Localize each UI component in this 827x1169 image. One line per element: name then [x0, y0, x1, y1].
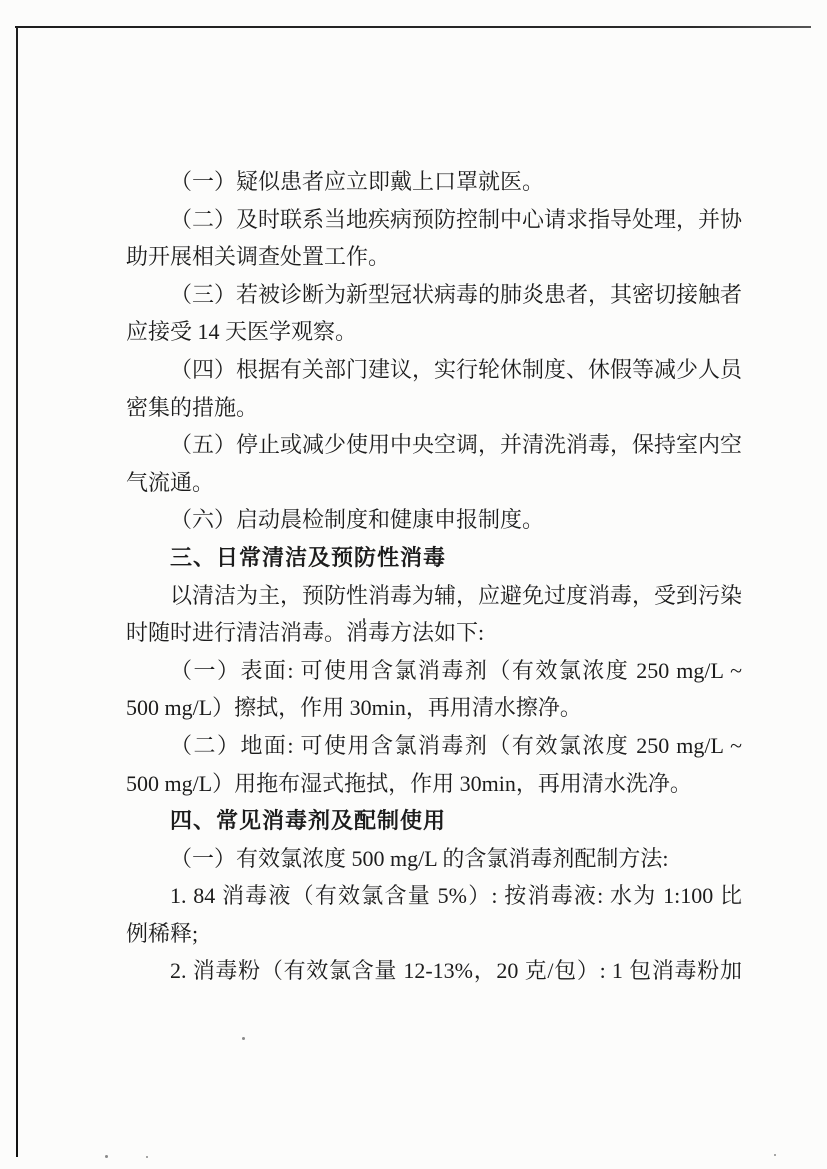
text-line: 2. 消毒粉（有效氯含量 12-13%，20 克/包）: 1 包消毒粉加 [126, 952, 742, 990]
scanned-page: （一）疑似患者应立即戴上口罩就医。（二）及时联系当地疾病预防控制中心请求指导处理… [0, 0, 827, 1169]
text-line: 例稀释; [126, 915, 742, 953]
text-line: 时随时进行清洁消毒。消毒方法如下: [126, 614, 742, 652]
scan-border-top-line [15, 26, 811, 28]
scan-border-left-line [16, 26, 18, 1157]
text-line: 助开展相关调查处置工作。 [126, 238, 742, 276]
text-line: （二）及时联系当地疾病预防控制中心请求指导处理，并协 [126, 201, 742, 239]
text-line: （五）停止或减少使用中央空调，并清洗消毒，保持室内空 [126, 426, 742, 464]
text-line: 应接受 14 天医学观察。 [126, 313, 742, 351]
text-line: 气流通。 [126, 464, 742, 502]
text-line: （四）根据有关部门建议，实行轮休制度、休假等减少人员 [126, 351, 742, 389]
text-line: （六）启动晨检制度和健康申报制度。 [126, 501, 742, 539]
text-line: 500 mg/L）用拖布湿式拖拭，作用 30min，再用清水洗净。 [126, 765, 742, 803]
scan-speck [146, 1156, 148, 1158]
scan-speck [242, 1037, 245, 1040]
text-line: 以清洁为主，预防性消毒为辅，应避免过度消毒，受到污染 [126, 577, 742, 615]
text-line: （一）表面: 可使用含氯消毒剂（有效氯浓度 250 mg/L ~ [126, 652, 742, 690]
text-line: （二）地面: 可使用含氯消毒剂（有效氯浓度 250 mg/L ~ [126, 727, 742, 765]
scan-speck [363, 618, 365, 623]
section-heading: 四、常见消毒剂及配制使用 [126, 802, 742, 840]
text-line: （三）若被诊断为新型冠状病毒的肺炎患者，其密切接触者 [126, 276, 742, 314]
text-line: 密集的措施。 [126, 389, 742, 427]
scan-speck [105, 1155, 108, 1158]
text-line: 1. 84 消毒液（有效氯含量 5%）: 按消毒液: 水为 1:100 比 [126, 877, 742, 915]
scan-speck [774, 1154, 776, 1156]
text-line: 500 mg/L）擦拭，作用 30min，再用清水擦净。 [126, 689, 742, 727]
text-line: （一）有效氯浓度 500 mg/L 的含氯消毒剂配制方法: [126, 840, 742, 878]
section-heading: 三、日常清洁及预防性消毒 [126, 539, 742, 577]
document-body: （一）疑似患者应立即戴上口罩就医。（二）及时联系当地疾病预防控制中心请求指导处理… [126, 163, 742, 990]
text-line: （一）疑似患者应立即戴上口罩就医。 [126, 163, 742, 201]
